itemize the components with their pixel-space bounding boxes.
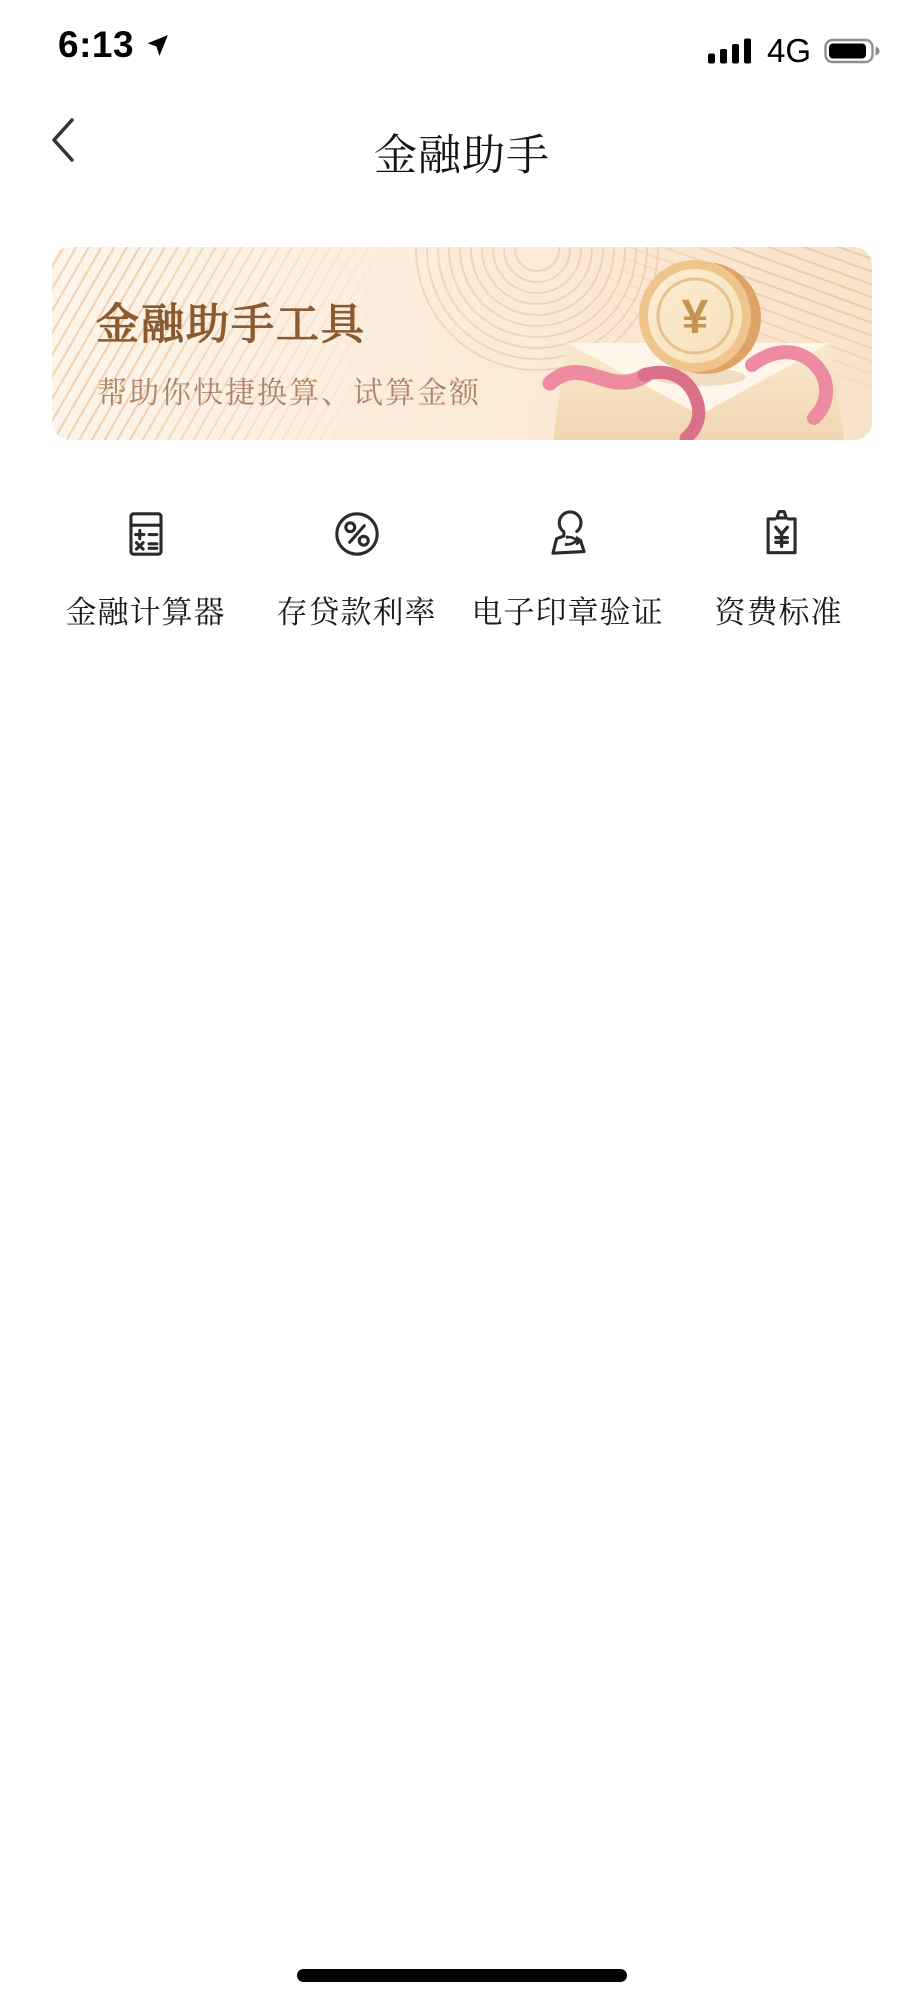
page-title: 金融助手	[0, 122, 924, 183]
status-left: 6:13	[58, 24, 171, 66]
network-type-label: 4G	[767, 32, 811, 70]
seal-verification-icon	[539, 505, 597, 563]
status-time: 6:13	[58, 24, 134, 66]
home-indicator[interactable]	[297, 1969, 627, 1982]
battery-icon	[824, 37, 884, 65]
calculator-icon	[117, 505, 175, 563]
status-bar: 6:13 4G	[0, 0, 924, 92]
tool-item-financial-calculator[interactable]: 金融计算器	[40, 505, 251, 632]
tool-item-deposit-loan-rates[interactable]: 存贷款利率	[251, 505, 462, 632]
financial-assistant-screen: 6:13 4G 金融助手	[0, 0, 924, 2000]
promo-banner: ¥ 金融助手工具 帮助你快捷换算、试算金额	[52, 247, 872, 440]
tool-item-tariff-standards[interactable]: 资费标准	[673, 505, 884, 632]
tool-label: 金融计算器	[66, 587, 226, 632]
status-right: 4G	[708, 32, 884, 70]
tool-label: 资费标准	[715, 587, 843, 632]
coin-yuan-symbol: ¥	[682, 291, 709, 344]
tools-grid: 金融计算器 存贷款利率 电子印章验证	[40, 505, 884, 632]
signal-strength-icon	[708, 37, 754, 65]
tariff-icon	[750, 505, 808, 563]
banner-title: 金融助手工具	[96, 291, 366, 352]
tool-label: 电子印章验证	[472, 587, 664, 632]
location-arrow-icon	[144, 32, 171, 59]
tool-label: 存贷款利率	[277, 587, 437, 632]
envelope-coin-illustration: ¥	[492, 247, 872, 440]
ribbon-left	[550, 372, 646, 383]
nav-bar: 金融助手	[0, 100, 924, 176]
tool-item-seal-verification[interactable]: 电子印章验证	[462, 505, 673, 632]
banner-subtitle: 帮助你快捷换算、试算金额	[97, 368, 481, 412]
percent-icon	[328, 505, 386, 563]
coin-icon: ¥	[639, 260, 761, 374]
